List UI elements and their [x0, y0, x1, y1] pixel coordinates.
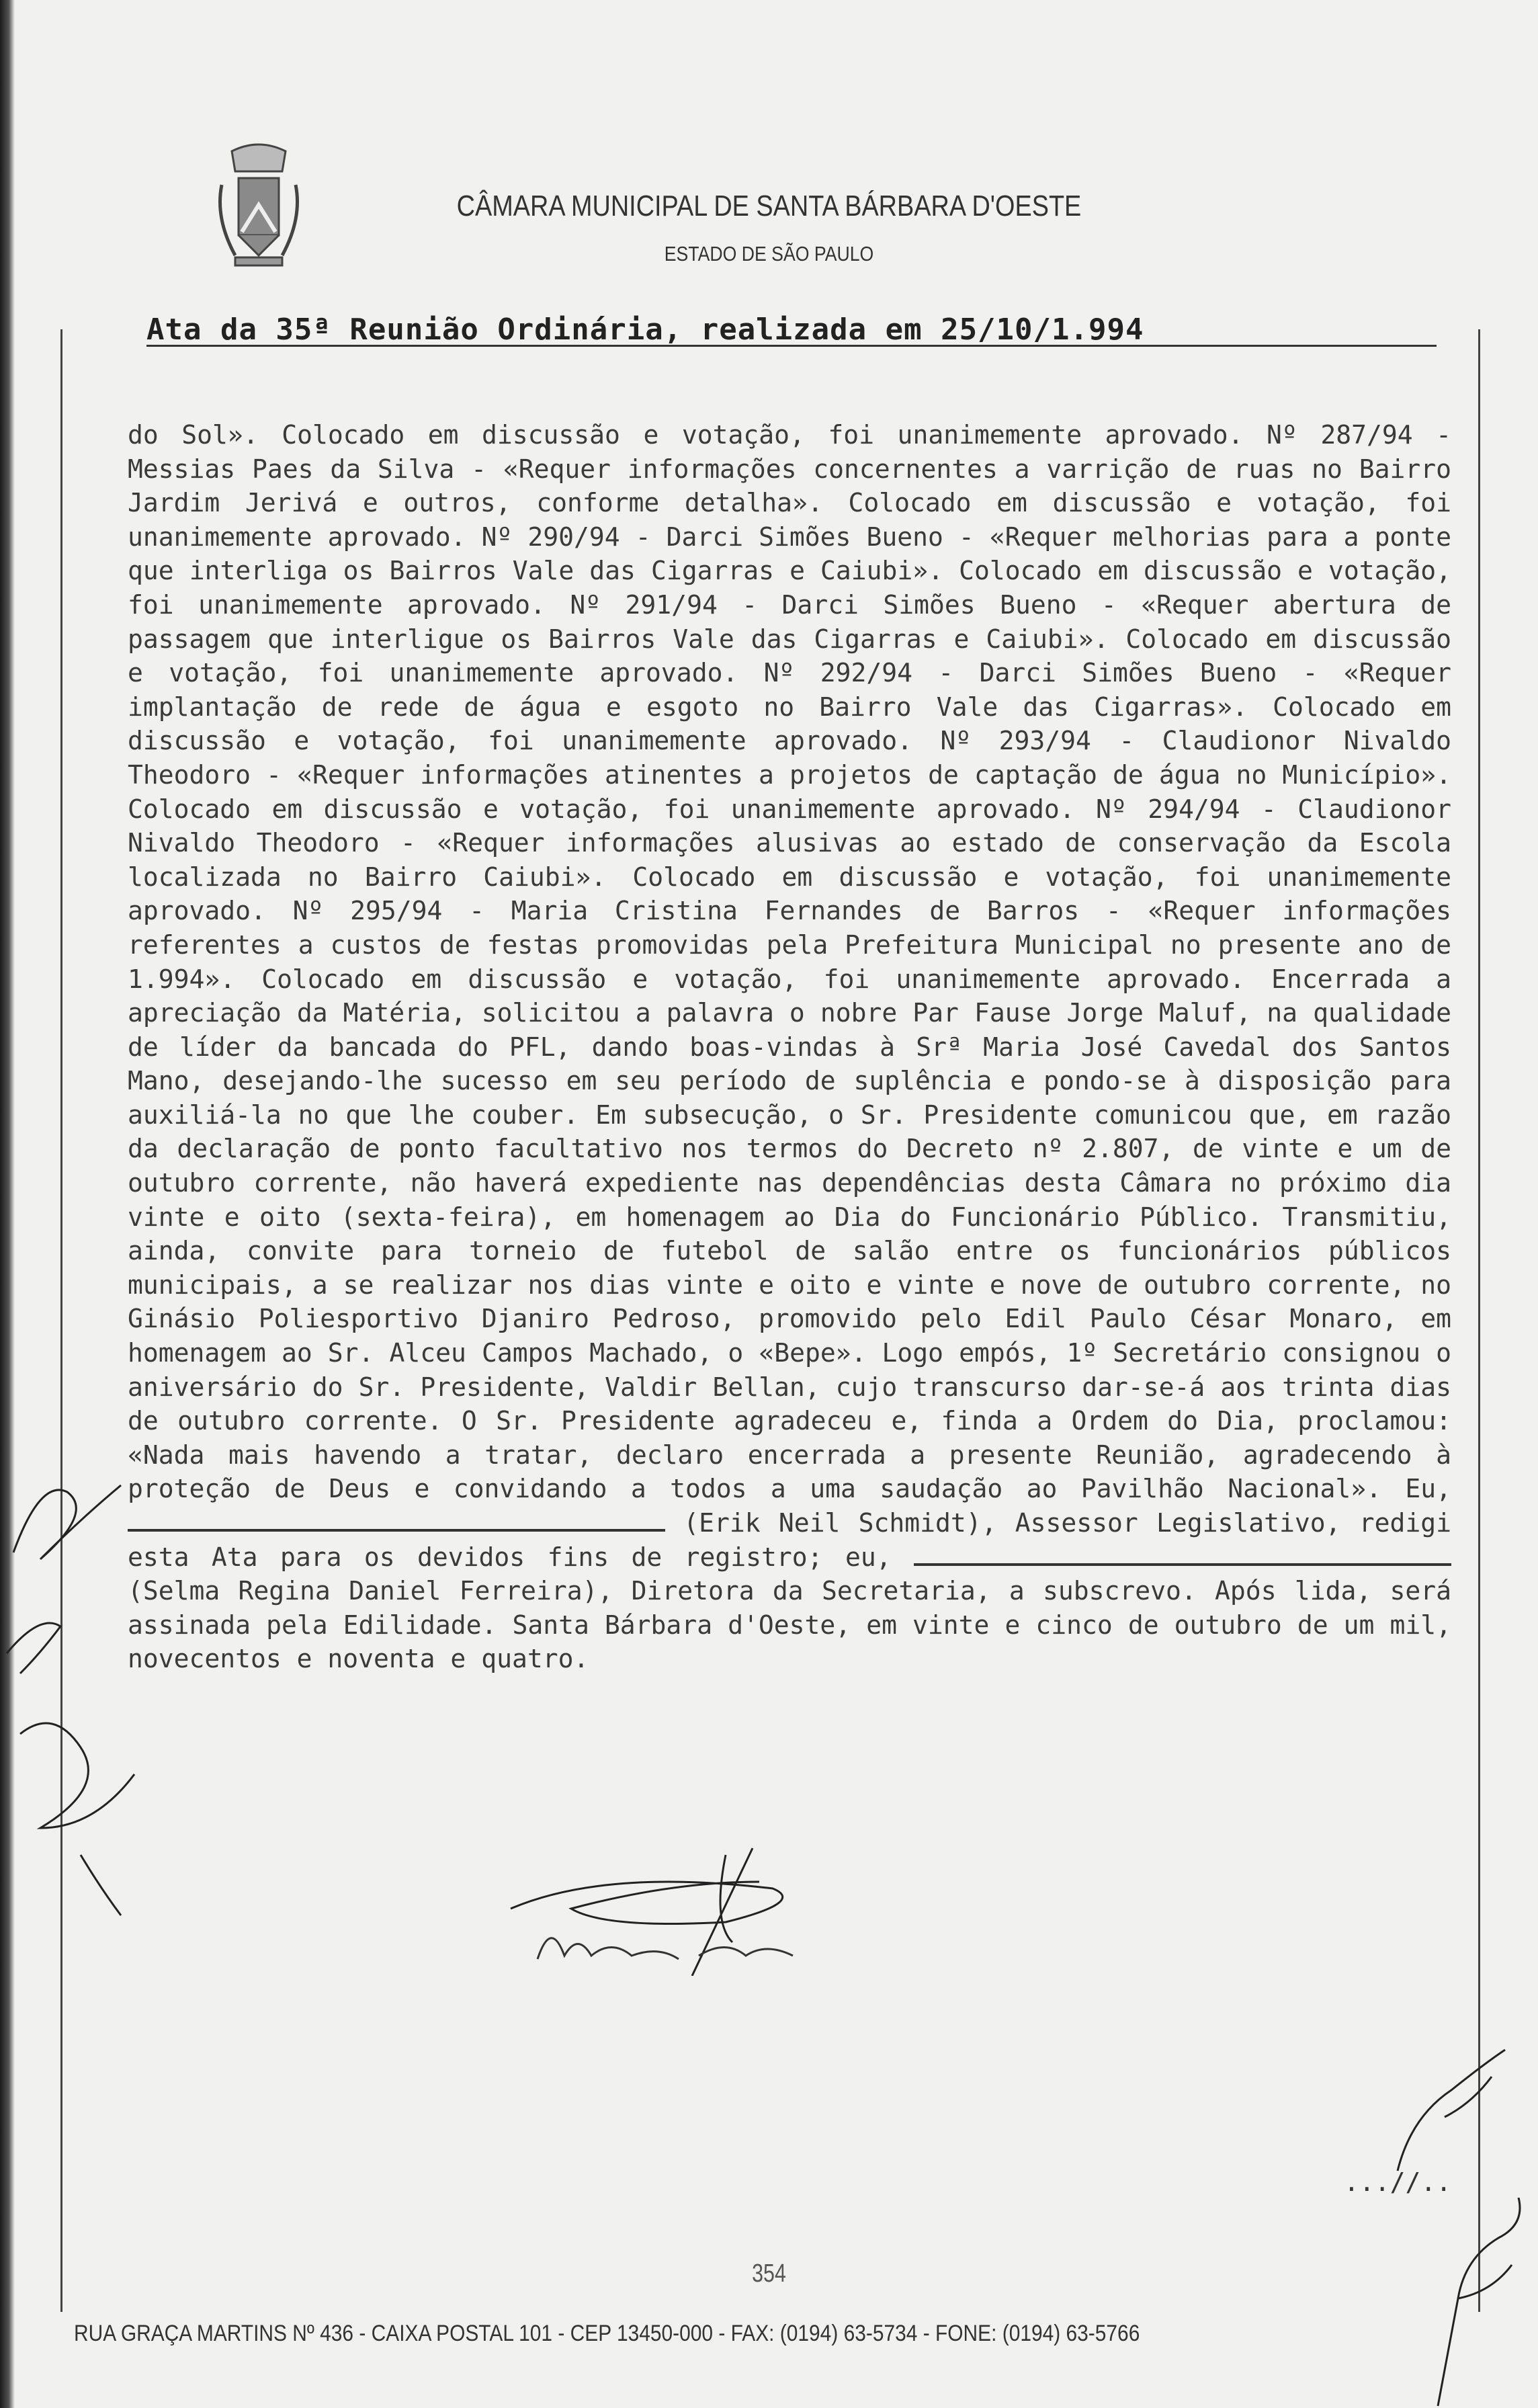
signer2-text: (Selma Regina Daniel Ferreira), Diretora… — [128, 1576, 1451, 1673]
signature-line-erik-neil-schmidt — [128, 1509, 665, 1532]
institution-name: CÂMARA MUNICIPAL DE SANTA BÁRBARA D'OEST… — [108, 190, 1430, 223]
minutes-body: do Sol». Colocado em discussão e votação… — [128, 418, 1451, 1676]
signature-line-selma-regina — [914, 1543, 1451, 1566]
continuation-marker: ...//.. — [1344, 2167, 1451, 2197]
margin-initials-icon — [1357, 2198, 1538, 2408]
margin-initials-icon — [1371, 2036, 1538, 2184]
scan-edge-shadow — [0, 0, 15, 2408]
page-border-left — [60, 329, 62, 2312]
handwritten-signature-icon — [524, 1919, 860, 1973]
handwritten-signature-icon — [470, 1841, 1008, 1976]
title-underline — [146, 345, 1437, 347]
page-number: 354 — [154, 2259, 1384, 2288]
page-border-right — [1478, 329, 1480, 2312]
minutes-text: do Sol». Colocado em discussão e votação… — [128, 420, 1451, 1503]
footer-address: RUA GRAÇA MARTINS Nº 436 - CAIXA POSTAL … — [74, 2321, 1328, 2347]
institution-state: ESTADO DE SÃO PAULO — [108, 242, 1430, 266]
document-title: Ata da 35ª Reunião Ordinária, realizada … — [146, 313, 1437, 347]
margin-signatures-icon — [0, 1452, 148, 1922]
